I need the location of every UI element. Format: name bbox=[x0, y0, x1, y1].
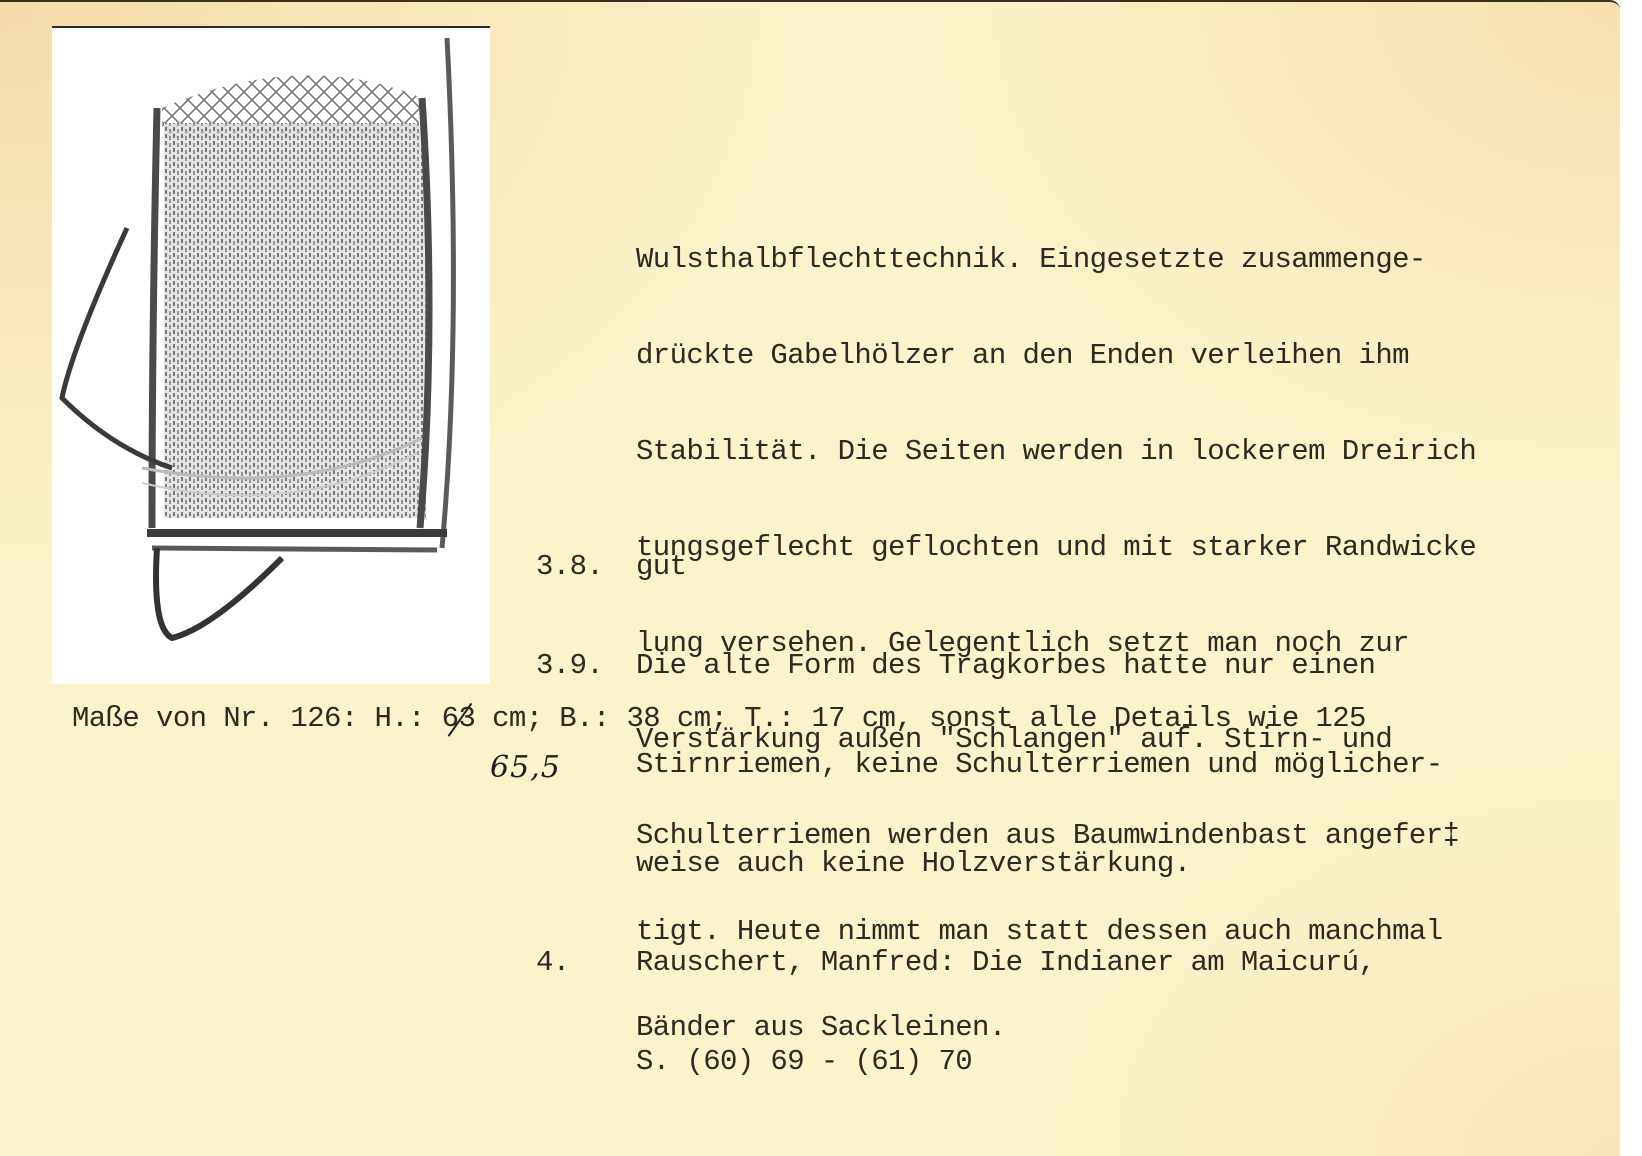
section-4: 4. Rauschert, Manfred: Die Indianer am M… bbox=[536, 946, 1443, 979]
measurements-prefix: Maße von Nr. 126: H.: bbox=[72, 702, 442, 735]
spacer bbox=[536, 847, 636, 880]
section-number: 3.9. bbox=[536, 649, 636, 682]
section-3-9-cont: Stirnriemen, keine Schulterriemen und mö… bbox=[536, 748, 1443, 781]
section-text: S. (60) 69 - (61) 70 bbox=[636, 1045, 972, 1078]
description-line: Wulsthalbflechttechnik. Eingesetzte zusa… bbox=[636, 244, 1476, 276]
struck-height-value: 63 bbox=[442, 702, 476, 735]
description-line: Stabilität. Die Seiten werden in lockere… bbox=[636, 436, 1476, 468]
section-text: gut bbox=[636, 550, 686, 583]
section-text: Die alte Form des Tragkorbes hatte nur e… bbox=[636, 649, 1375, 682]
section-text: Stirnriemen, keine Schulterriemen und mö… bbox=[636, 748, 1443, 781]
section-number: 3.8. bbox=[536, 550, 636, 583]
description-line: drückte Gabelhölzer an den Enden verleih… bbox=[636, 340, 1476, 372]
handwritten-height-correction: 65,5 bbox=[490, 750, 561, 785]
measurements-line: Maße von Nr. 126: H.: 63 cm; B.: 38 cm; … bbox=[72, 702, 1366, 735]
basket-photo bbox=[52, 26, 490, 684]
measurements-suffix: cm; B.: 38 cm; T.: 17 cm, sonst alle Det… bbox=[475, 702, 1366, 735]
section-number: 4. bbox=[536, 946, 636, 979]
archive-index-card: Wulsthalbflechttechnik. Eingesetzte zusa… bbox=[0, 0, 1620, 1156]
section-4-cont: S. (60) 69 - (61) 70 bbox=[536, 1045, 1443, 1078]
section-3-8: 3.8. gut bbox=[536, 550, 1443, 583]
spacer bbox=[536, 1045, 636, 1078]
section-3-9: 3.9. Die alte Form des Tragkorbes hatte … bbox=[536, 649, 1443, 682]
numbered-sections: 3.8. gut 3.9. Die alte Form des Tragkorb… bbox=[536, 484, 1443, 1144]
section-3-9-cont: weise auch keine Holzverstärkung. bbox=[536, 847, 1443, 880]
section-text: Rauschert, Manfred: Die Indianer am Maic… bbox=[636, 946, 1375, 979]
basket-illustration bbox=[52, 28, 490, 684]
section-text: weise auch keine Holzverstärkung. bbox=[636, 847, 1191, 880]
